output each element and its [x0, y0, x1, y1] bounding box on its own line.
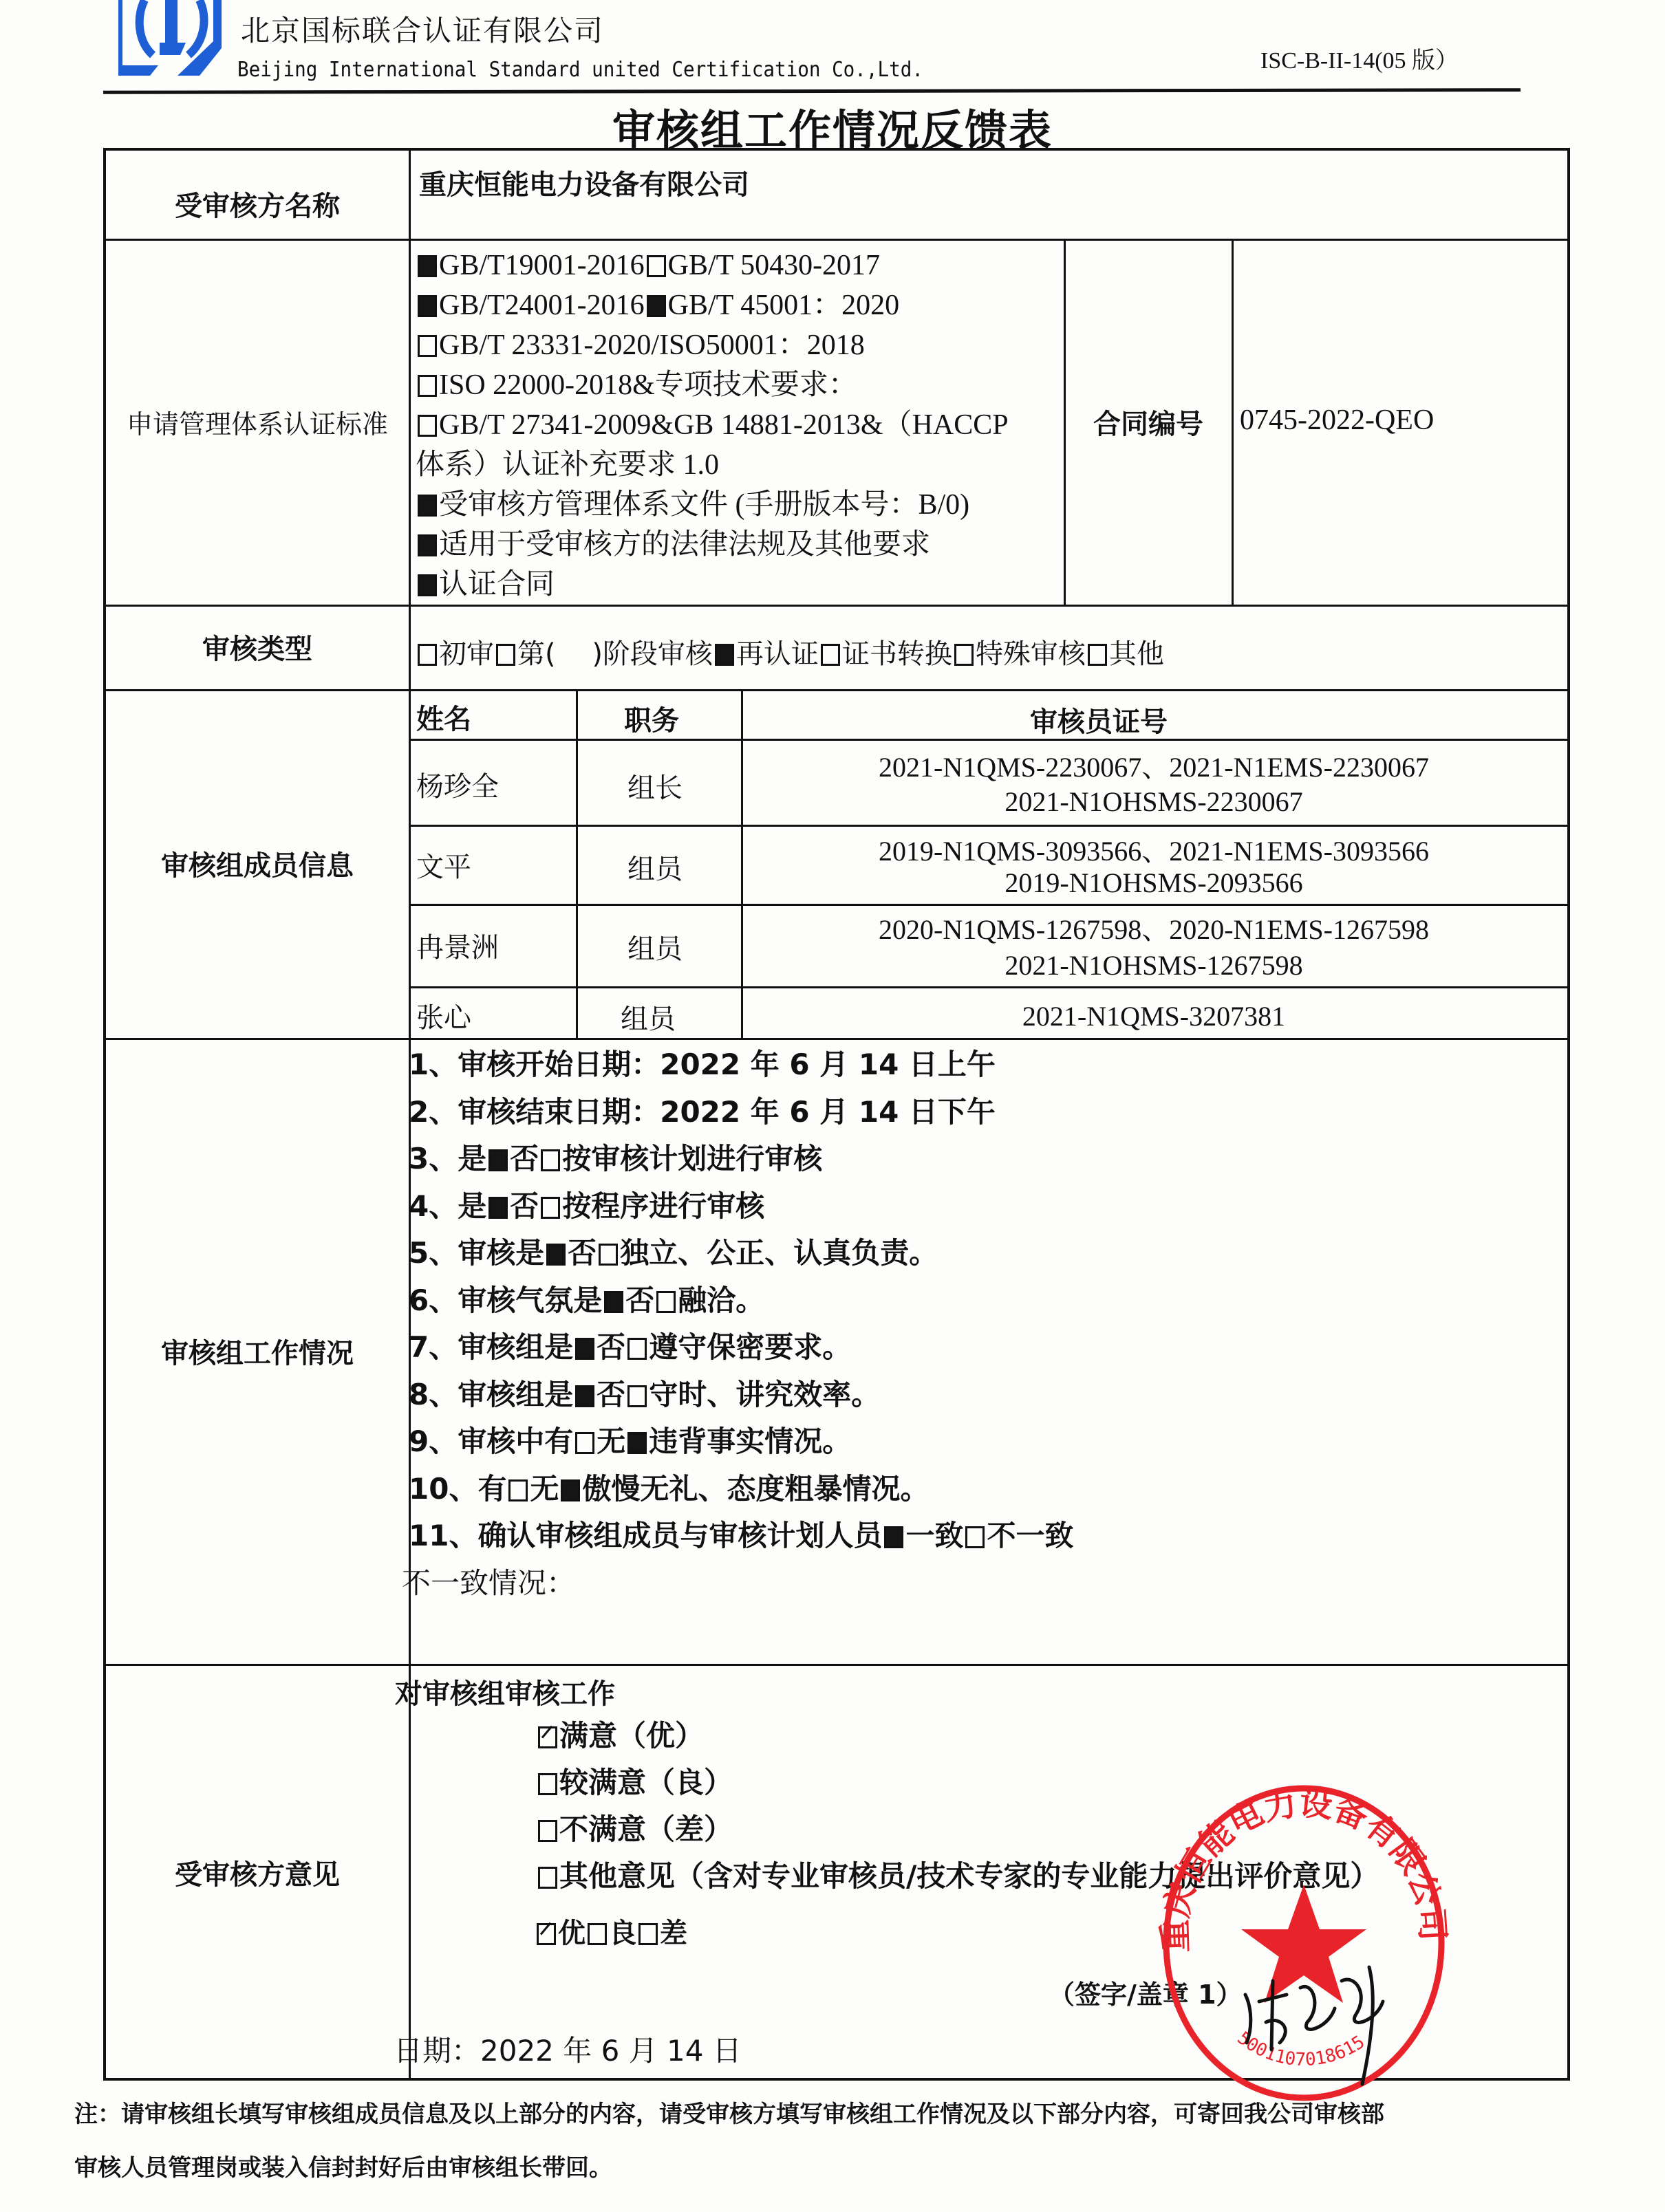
work-item-text: 审核开始日期：2022 年 6 月 14 日上午: [458, 1048, 996, 1081]
rating-label: 良: [609, 1918, 636, 1949]
work-item-text: 无: [530, 1472, 559, 1506]
member-role: 组员: [627, 847, 683, 887]
work-item-text: 融洽。: [678, 1283, 764, 1317]
standard-label: GB/T 23331-2020/ISO50001：2018: [439, 329, 865, 361]
work-item-checkbox[interactable]: [575, 1385, 594, 1407]
work-item: 3、是否按审核计划进行审核: [409, 1136, 822, 1178]
audit-type-label: 特殊审核: [976, 638, 1086, 670]
row-divider: [411, 739, 1570, 741]
standard-line: 体系）认证补充要求 1.0: [416, 445, 1009, 485]
member-role: 组员: [627, 927, 683, 966]
member-role: 组员: [621, 997, 676, 1037]
audit-type-label: 初审: [439, 638, 494, 670]
work-item: 8、审核组是否守时、讲究效率。: [409, 1372, 880, 1413]
work-item-checkbox[interactable]: [627, 1385, 647, 1407]
standards-checklist: GB/T19001-2016GB/T 50430-2017GB/T24001-2…: [416, 246, 1009, 605]
work-item-text: 按程序进行审核: [562, 1189, 764, 1223]
member-cert: 2021-N1QMS-2230067、2021-N1EMS-2230067: [758, 746, 1549, 785]
work-item-number: 2、: [409, 1095, 458, 1129]
audit-type-label: 第( )阶段审核: [517, 638, 713, 670]
standard-checkbox[interactable]: [418, 574, 437, 596]
standard-checkbox[interactable]: [418, 255, 437, 277]
company-name-en: Beijing International Standard united Ce…: [237, 58, 923, 82]
audit-type-checkbox[interactable]: [715, 644, 734, 666]
footer-note-line-2: 审核人员管理岗或装入信封封好后由审核组长带回。: [74, 2141, 1588, 2195]
rating-checkbox[interactable]: [638, 1923, 658, 1945]
column-divider: [576, 689, 578, 1038]
signature-label: （签字/盖章 1）: [1049, 1973, 1243, 2011]
work-item-checkbox[interactable]: [541, 1197, 560, 1219]
member-cert: 2020-N1QMS-1267598、2020-N1EMS-1267598: [758, 908, 1549, 947]
work-item: 6、审核气氛是否融洽。: [409, 1278, 764, 1319]
member-role: 组长: [627, 766, 683, 805]
member-cert: 2019-N1QMS-3093566、2021-N1EMS-3093566: [758, 829, 1549, 869]
work-item-text: 傲慢无礼、态度粗暴情况。: [582, 1472, 929, 1506]
rating-checkbox[interactable]: [537, 1923, 556, 1945]
opinion-checkbox[interactable]: [538, 1820, 557, 1842]
team-label: 审核组成员信息: [106, 689, 409, 1038]
work-item-checkbox[interactable]: [488, 1197, 508, 1219]
rating-options: 优良差: [535, 1911, 687, 1951]
work-item-number: 10、: [409, 1472, 477, 1506]
opinion-option-label: 不满意（差）: [559, 1812, 733, 1846]
form-code: ISC-B-II-14(05 版）: [1260, 41, 1459, 75]
work-item-number: 6、: [409, 1283, 458, 1317]
work-item-text: 守时、讲究效率。: [649, 1378, 880, 1411]
work-item-text: 确认审核组成员与审核计划人员: [477, 1519, 882, 1552]
member-name: 文平: [416, 845, 471, 885]
team-members-table: 姓名 职务 审核员证号 杨珍全 组长 2021-N1QMS-2230067、20…: [411, 689, 1570, 1038]
standard-checkbox[interactable]: [418, 534, 437, 556]
member-name: 冉景洲: [416, 926, 499, 965]
opinion-heading: 对审核组审核工作: [395, 1672, 615, 1711]
work-item-text: 否: [625, 1283, 654, 1317]
standard-continuation: 体系）认证补充要求 1.0: [416, 449, 719, 481]
header-divider: [103, 88, 1521, 94]
work-item-checkbox[interactable]: [627, 1338, 647, 1360]
audit-type-label: 证书转换: [842, 638, 952, 670]
work-item-number: 3、: [409, 1142, 458, 1175]
opinion-option-label: 其他意见（含对专业审核员/技术专家的专业能力提出评价意见）: [559, 1859, 1379, 1893]
opinion-option-label: 满意（优）: [559, 1719, 704, 1753]
work-item-checkbox[interactable]: [965, 1526, 985, 1548]
opinion-checkbox[interactable]: [538, 1773, 557, 1795]
standard-checkbox[interactable]: [418, 295, 437, 317]
work-item-text: 否: [510, 1189, 539, 1223]
standard-line: ISO 22000-2018&专项技术要求：: [416, 365, 1009, 405]
work-item-checkbox[interactable]: [884, 1526, 903, 1548]
work-item-text: 遵守保密要求。: [649, 1330, 851, 1364]
work-item-number: 1、: [409, 1048, 458, 1081]
standard-line: GB/T 27341-2009&GB 14881-2013&（HACCP: [416, 405, 1009, 445]
standard-line: GB/T19001-2016GB/T 50430-2017: [416, 246, 1009, 285]
work-item-text: 一致: [905, 1519, 963, 1552]
work-item-checkbox[interactable]: [561, 1479, 580, 1501]
member-cert: 2019-N1OHSMS-2093566: [758, 867, 1549, 899]
column-divider: [1232, 239, 1234, 605]
work-item-text: 否: [597, 1330, 625, 1364]
opinion-label: 受审核方意见: [106, 1664, 409, 2081]
work-item-text: 是: [458, 1142, 486, 1175]
standard-label: ISO 22000-2018&专项技术要求：: [439, 369, 857, 401]
work-checklist: 1、审核开始日期：2022 年 6 月 14 日上午2、审核结束日期：2022 …: [402, 1042, 1565, 1661]
audit-type-label: 审核类型: [106, 605, 409, 689]
work-item-text: 审核中有: [458, 1424, 573, 1458]
opinion-checkbox[interactable]: [538, 1726, 557, 1748]
audit-type-checkbox[interactable]: [1088, 644, 1107, 666]
member-cert: 2021-N1QMS-3207381: [758, 1000, 1549, 1032]
work-item-text: 审核组是: [458, 1378, 573, 1411]
column-header-cert: 审核员证号: [1030, 700, 1168, 739]
work-item-text: 独立、公正、认真负责。: [620, 1236, 938, 1270]
rating-label: 差: [660, 1918, 687, 1949]
work-item: 2、审核结束日期：2022 年 6 月 14 日下午: [409, 1089, 996, 1131]
audit-type-options: 初审第( )阶段审核再认证证书转换特殊审核其他: [416, 632, 1164, 671]
opinion-option[interactable]: 其他意见（含对专业审核员/技术专家的专业能力提出评价意见）: [536, 1854, 1379, 1895]
row-divider: [411, 904, 1570, 906]
standard-line: GB/T 23331-2020/ISO50001：2018: [416, 325, 1009, 365]
work-item-text: 审核气氛是: [458, 1283, 602, 1317]
standard-label: GB/T 45001：2020: [668, 290, 899, 321]
work-item: 7、审核组是否遵守保密要求。: [409, 1325, 851, 1366]
work-item: 10、有无傲慢无礼、态度粗暴情况。: [409, 1466, 930, 1508]
contract-number: 0745-2022-QEO: [1240, 404, 1434, 437]
standard-label: 受审核方管理体系文件 (手册版本号：B/0): [439, 489, 969, 521]
work-item-checkbox[interactable]: [599, 1244, 618, 1266]
standard-checkbox[interactable]: [418, 375, 437, 397]
member-name: 杨珍全: [416, 765, 499, 804]
column-header-name: 姓名: [416, 697, 471, 737]
work-item: 9、审核中有无违背事实情况。: [409, 1419, 851, 1460]
footer-note: 注：请审核组长填写审核组成员信息及以上部分的内容，请受审核方填写审核组工作情况及…: [74, 2088, 1588, 2195]
work-item-checkbox[interactable]: [488, 1149, 508, 1171]
standard-line: 受审核方管理体系文件 (手册版本号：B/0): [416, 485, 1009, 525]
company-name-cn: 北京国标联合认证有限公司: [241, 8, 604, 50]
work-item-text: 否: [510, 1142, 539, 1175]
work-item: 5、审核是否独立、公正、认真负责。: [409, 1230, 938, 1272]
opinion-option[interactable]: 不满意（差）: [536, 1807, 733, 1848]
contract-label: 合同编号: [1066, 239, 1231, 605]
work-item-text: 有: [477, 1472, 506, 1506]
standard-checkbox[interactable]: [418, 415, 437, 437]
work-item: 11、确认审核组成员与审核计划人员一致不一致: [409, 1513, 1074, 1554]
work-item-text: 否: [597, 1378, 625, 1411]
work-item-checkbox[interactable]: [575, 1432, 594, 1454]
isc-logo-icon: [117, 0, 227, 79]
work-item-checkbox[interactable]: [508, 1479, 528, 1501]
work-item-number: 11、: [409, 1519, 477, 1552]
work-item-number: 7、: [409, 1330, 458, 1364]
standard-line: 认证合同: [416, 565, 1009, 605]
work-item-text: 审核是: [458, 1236, 544, 1270]
opinion-option[interactable]: 较满意（良）: [536, 1760, 733, 1801]
work-item: 1、审核开始日期：2022 年 6 月 14 日上午: [409, 1042, 996, 1083]
work-item-checkbox[interactable]: [541, 1149, 560, 1171]
audit-type-checkbox[interactable]: [954, 644, 974, 666]
work-item-text: 违背事实情况。: [649, 1424, 851, 1458]
standard-checkbox[interactable]: [418, 495, 437, 517]
audit-type-checkbox[interactable]: [418, 644, 437, 666]
row-divider: [411, 825, 1570, 827]
work-item-text: 无: [597, 1424, 625, 1458]
work-item-text: 按审核计划进行审核: [562, 1142, 822, 1175]
column-header-role: 职务: [624, 699, 679, 738]
work-item-text: 审核结束日期：2022 年 6 月 14 日下午: [458, 1095, 996, 1129]
work-item-number: 4、: [409, 1189, 458, 1223]
work-item-checkbox[interactable]: [575, 1338, 594, 1360]
work-item-checkbox[interactable]: [627, 1432, 647, 1454]
standard-label: GB/T 27341-2009&GB 14881-2013&（HACCP: [439, 409, 1009, 441]
standard-checkbox[interactable]: [647, 295, 666, 317]
member-cert: 2021-N1OHSMS-2230067: [758, 785, 1549, 818]
feedback-form-table: 受审核方名称 重庆恒能电力设备有限公司 申请管理体系认证标准 GB/T19001…: [103, 148, 1570, 2081]
work-item-checkbox[interactable]: [604, 1291, 623, 1313]
audit-type-label: 其他: [1109, 638, 1164, 670]
member-cert: 2021-N1OHSMS-1267598: [758, 949, 1549, 982]
standard-label: 适用于受审核方的法律法规及其他要求: [439, 529, 930, 561]
opinion-checkbox[interactable]: [538, 1867, 557, 1889]
standard-label: GB/T 50430-2017: [668, 250, 880, 281]
member-name: 张心: [416, 996, 471, 1035]
standard-checkbox[interactable]: [647, 255, 666, 277]
standard-checkbox[interactable]: [418, 335, 437, 357]
standards-label: 申请管理体系认证标准: [106, 239, 409, 605]
work-item: 4、是否按程序进行审核: [409, 1184, 764, 1225]
work-item-text: 否: [568, 1236, 597, 1270]
column-divider: [741, 689, 743, 1038]
rating-label: 优: [558, 1918, 586, 1949]
standard-line: GB/T24001-2016GB/T 45001：2020: [416, 285, 1009, 325]
work-item-checkbox[interactable]: [546, 1244, 566, 1266]
work-item-number: 9、: [409, 1424, 458, 1458]
row-divider: [411, 986, 1570, 988]
work-item-number: 8、: [409, 1378, 458, 1411]
opinion-option[interactable]: 满意（优）: [536, 1713, 704, 1755]
work-item-number: 5、: [409, 1236, 458, 1270]
footer-note-line-1: 注：请审核组长填写审核组成员信息及以上部分的内容，请受审核方填写审核组工作情况及…: [74, 2088, 1588, 2141]
audit-type-checkbox[interactable]: [821, 644, 840, 666]
standard-label: GB/T19001-2016: [439, 250, 645, 281]
auditee-label: 受审核方名称: [106, 151, 409, 239]
standard-label: 认证合同: [439, 569, 555, 600]
opinion-option-label: 较满意（良）: [559, 1766, 733, 1799]
opinion-date: 日期：2022 年 6 月 14 日: [394, 2028, 742, 2070]
work-item-text: 不一致: [987, 1519, 1073, 1552]
work-item-checkbox[interactable]: [656, 1291, 676, 1313]
auditee-name: 重庆恒能电力设备有限公司: [419, 163, 749, 202]
audit-type-label: 再认证: [736, 638, 819, 670]
inconsistency-field[interactable]: 不一致情况：: [402, 1561, 575, 1602]
work-item-text: 审核组是: [458, 1330, 573, 1364]
work-label: 审核组工作情况: [106, 1038, 409, 1664]
rating-checkbox[interactable]: [588, 1923, 607, 1945]
audit-type-checkbox[interactable]: [496, 644, 515, 666]
standard-label: GB/T24001-2016: [439, 290, 645, 321]
standard-line: 适用于受审核方的法律法规及其他要求: [416, 525, 1009, 565]
work-item-text: 是: [458, 1189, 486, 1223]
